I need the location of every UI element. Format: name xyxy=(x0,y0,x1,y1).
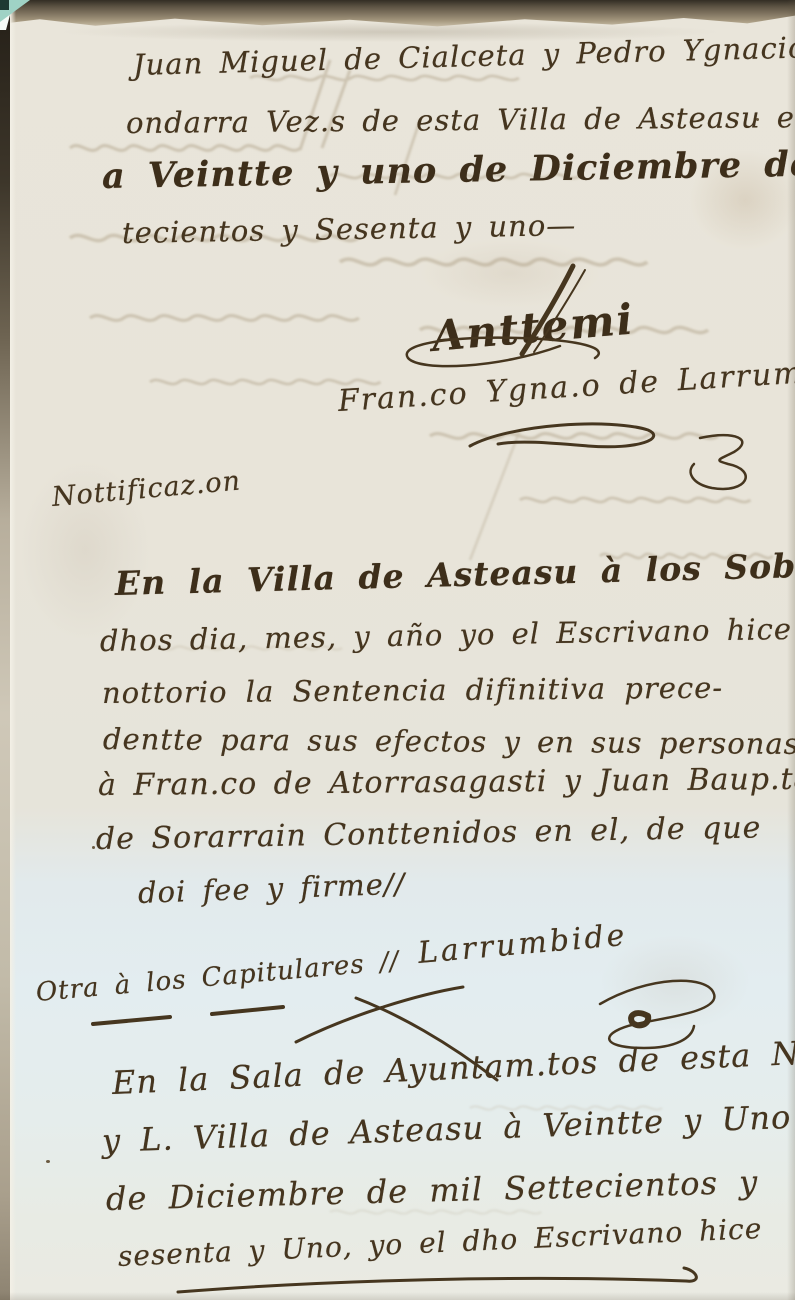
paper-stain xyxy=(420,238,600,308)
capitulares-dash-1 xyxy=(93,1017,170,1024)
margin-note-notification: Nottificaz.on xyxy=(51,466,242,513)
scribe-curl xyxy=(691,435,746,489)
second-notification-line-2: y L. Villa de Asteasu à Veintte y Uno xyxy=(101,1098,792,1160)
manuscript-scan-page: Juan Miguel de Cialceta y Pedro Ygnacio … xyxy=(0,0,795,1300)
notification-line-4: dentte para sus efectos y en sus persona… xyxy=(103,722,795,761)
notification-line-2: dhos dia, mes, y año yo el Escrivano hic… xyxy=(100,612,793,658)
notification-line-6: de Sorarrain Conttenidos en el, de que xyxy=(96,810,762,857)
scribe-rubric xyxy=(470,424,654,447)
second-notification-line-3: de Diciembre de mil Settecientos y xyxy=(106,1163,759,1218)
corner-dark-fragment xyxy=(0,0,9,10)
second-notification-line-4: sesenta y Uno, yo el dho Escrivano hice xyxy=(117,1212,763,1273)
ink-speck xyxy=(46,1160,50,1163)
lead-in-stroke-1 xyxy=(296,987,463,1042)
paper-left-highlight xyxy=(10,0,16,1300)
opening-line-2: ondarra Vez.s de esta Villa de Asteasu e… xyxy=(126,99,795,140)
attestation-heading: Anttemi xyxy=(430,294,637,361)
scribe-signature: Fran.co Ygna.o de Larrumbide xyxy=(337,351,795,419)
notification-line-3: nottorio la Sentencia difinitiva prece- xyxy=(102,671,723,710)
opening-line-3: a Veintte y uno de Diciembre de mil Se— xyxy=(102,140,795,197)
scan-bottom-shadow xyxy=(0,1292,795,1300)
opening-line-4: tecientos y Sesenta y uno— xyxy=(122,208,577,250)
capitulares-dash-2 xyxy=(212,1007,283,1014)
bottom-underline xyxy=(178,1268,696,1292)
larrumbide-signature: Larrumbide xyxy=(416,918,628,971)
scan-left-edge xyxy=(0,0,10,1300)
margin-note-capitulares: Otra à los Capitulares // xyxy=(35,946,401,1008)
second-notification-line-1: En la Sala de Ayuntam.tos de esta N. xyxy=(111,1034,795,1102)
opening-line-1: Juan Miguel de Cialceta y Pedro Ygnacio … xyxy=(133,29,795,82)
scan-top-edge xyxy=(0,0,795,30)
ink-speck xyxy=(92,846,95,849)
notification-line-5: à Fran.co de Atorrasagasti y Juan Baup.t… xyxy=(98,762,795,803)
notification-line-1: En la Villa de Asteasu à los Sobre xyxy=(114,545,795,603)
notification-line-7: doi fee y firme// xyxy=(137,867,405,910)
larrumbide-rubric-fill xyxy=(631,1013,648,1025)
